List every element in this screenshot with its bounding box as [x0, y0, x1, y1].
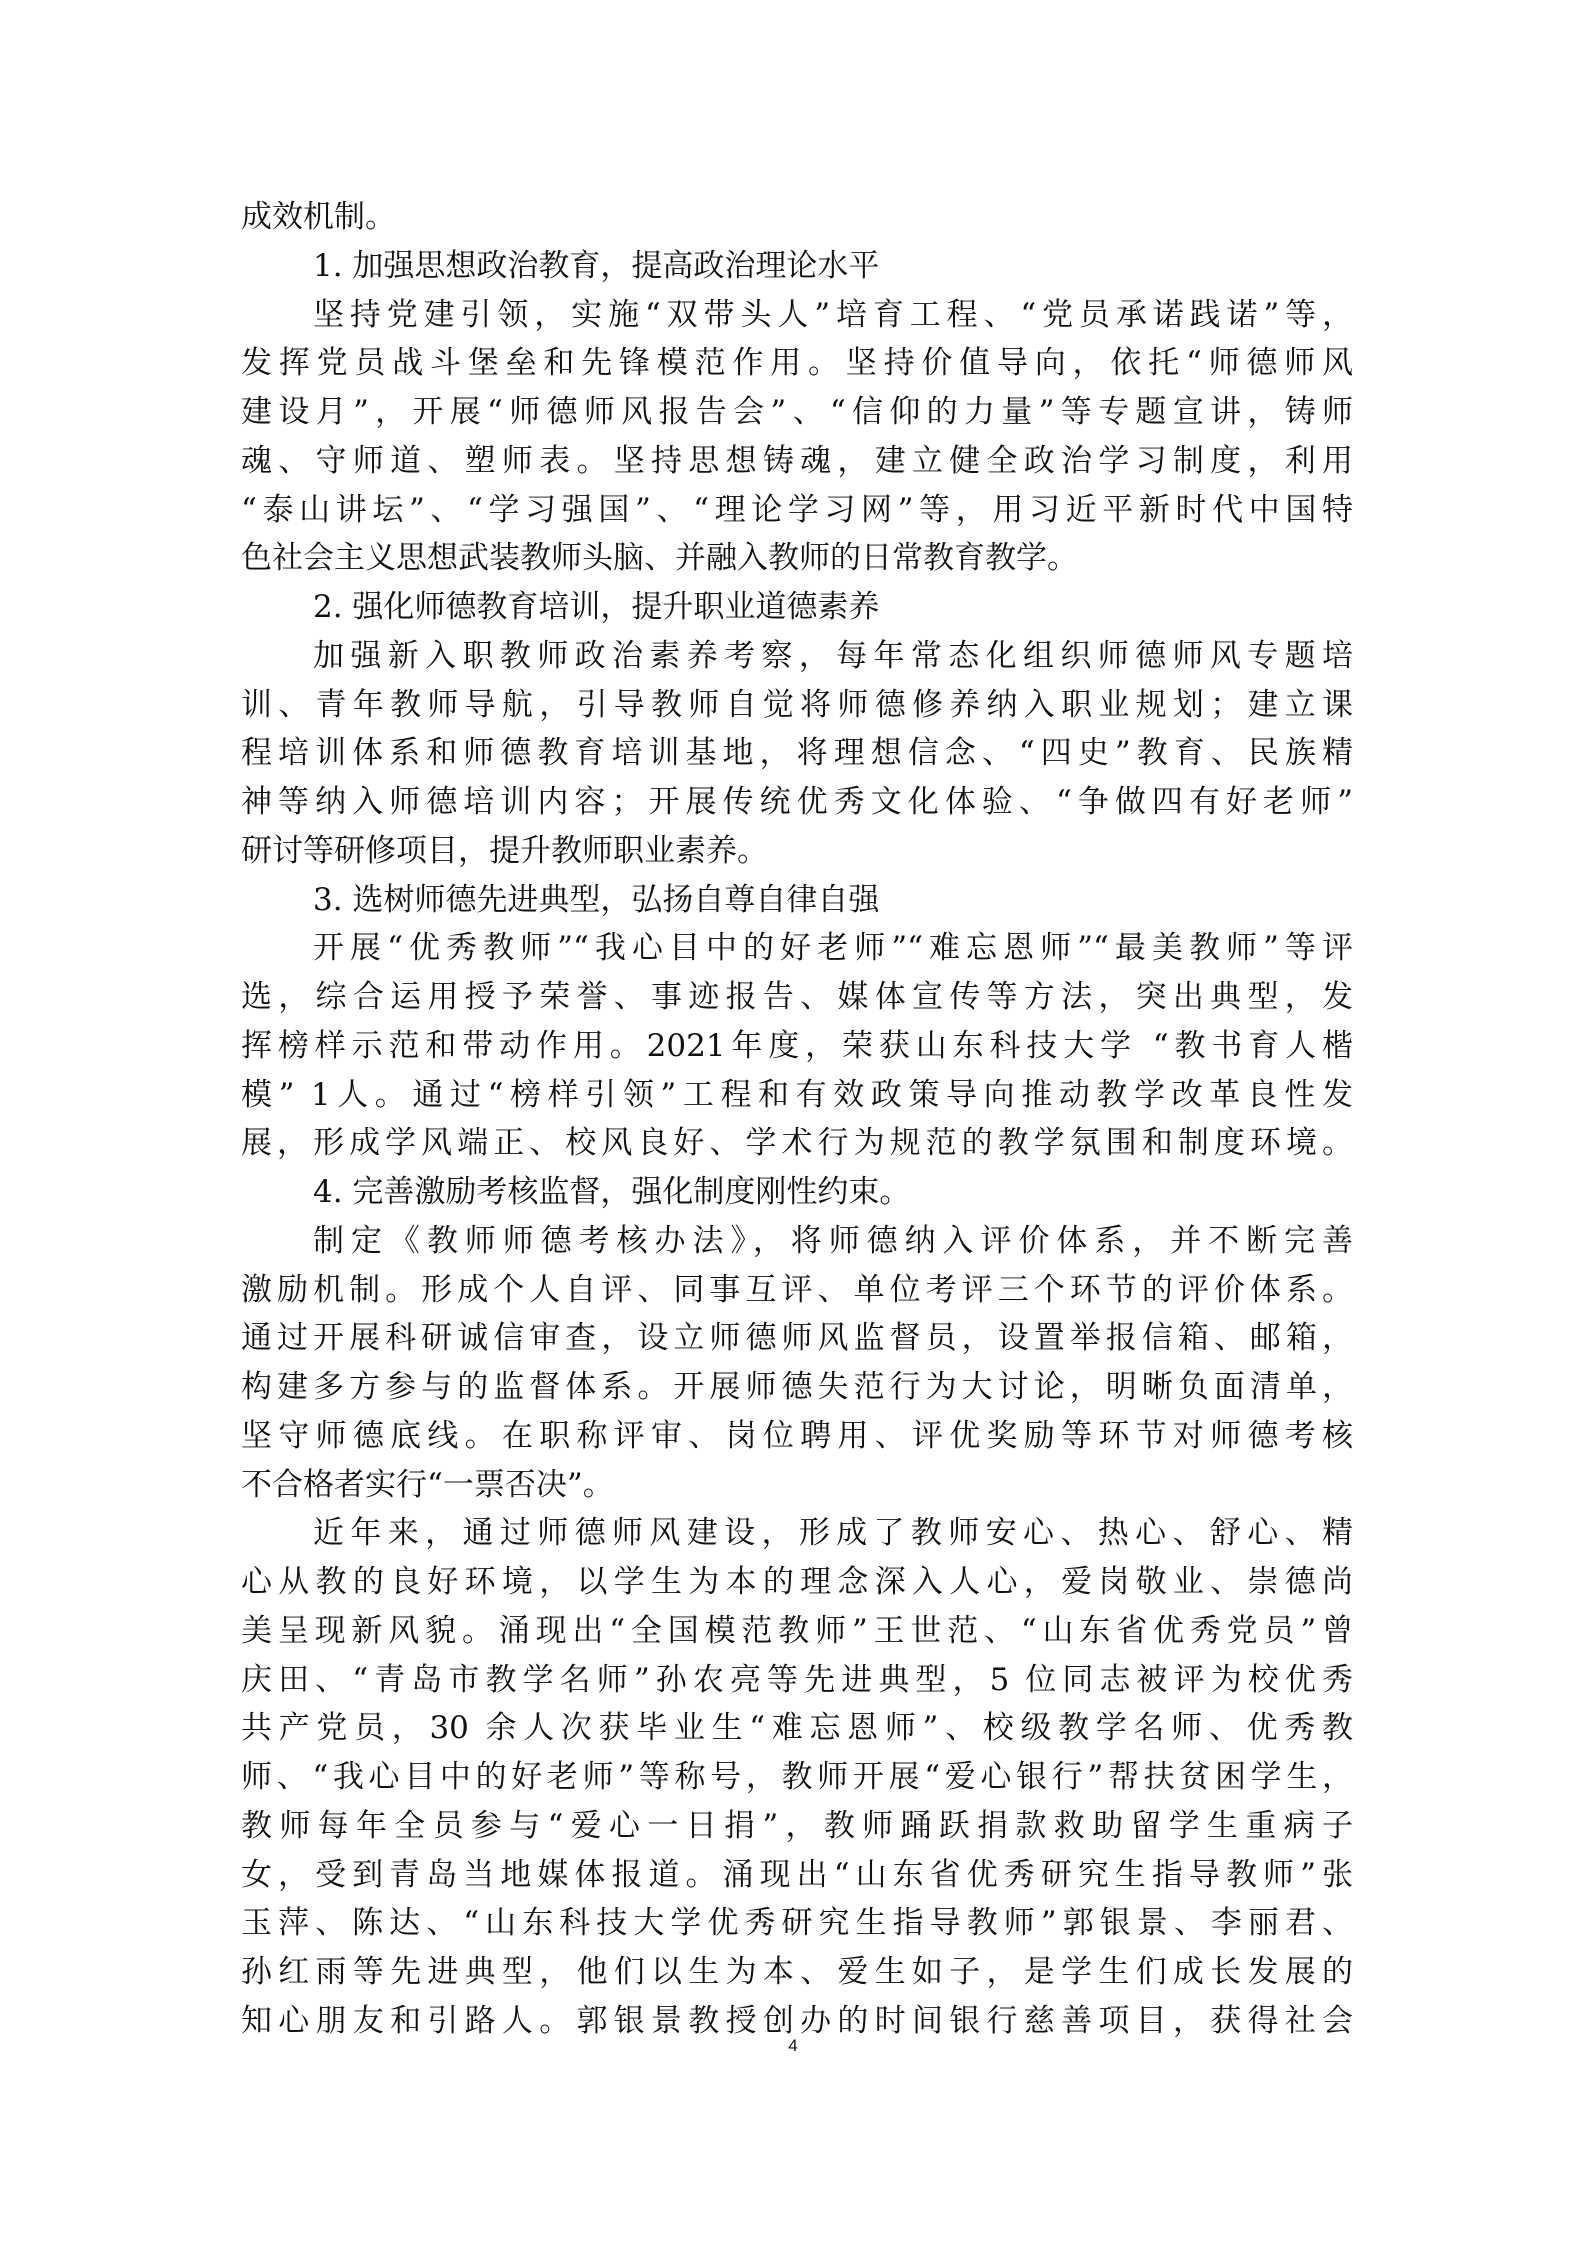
text-line: 共产党员，30 余人次获毕业生“难忘恩师”、校级教学名师、优秀教 — [241, 1704, 1353, 1753]
text-line: 选，综合运用授予荣誉、事迹报告、媒体宣传等方法，突出典型，发 — [241, 973, 1353, 1022]
text-line: 不合格者实行“一票否决”。 — [241, 1461, 1353, 1510]
text-line: 女，受到青岛当地媒体报道。涌现出“山东省优秀研究生指导教师”张 — [241, 1851, 1353, 1900]
text-line: 色社会主义思想武装教师头脑、并融入教师的日常教育教学。 — [241, 534, 1353, 583]
text-line: 坚守师德底线。在职称评审、岗位聘用、评优奖励等环节对师德考核 — [241, 1412, 1353, 1461]
body-text: 成效机制。1. 加强思想政治教育，提高政治理论水平坚持党建引领，实施“双带头人”… — [241, 193, 1353, 2046]
text-line: 庆田、“青岛市教学名师”孙农亮等先进典型，5 位同志被评为校优秀 — [241, 1656, 1353, 1705]
paragraph-start-line: 1. 加强思想政治教育，提高政治理论水平 — [241, 242, 1353, 291]
text-line: 发挥党员战斗堡垒和先锋模范作用。坚持价值导向，依托“师德师风 — [241, 339, 1353, 388]
text-line: 挥榜样示范和带动作用。2021年度，荣获山东科技大学 “教书育人楷 — [241, 1022, 1353, 1071]
text-line: 激励机制。形成个人自评、同事互评、单位考评三个环节的评价体系。 — [241, 1266, 1353, 1315]
text-line: 模” 1人。通过“榜样引领”工程和有效政策导向推动教学改革良性发 — [241, 1071, 1353, 1120]
paragraph-start-line: 4. 完善激励考核监督，强化制度刚性约束。 — [241, 1168, 1353, 1217]
text-line: 教师每年全员参与“爱心一日捐”，教师踊跃捐款救助留学生重病子 — [241, 1802, 1353, 1851]
page-number: 4 — [783, 2036, 803, 2056]
paragraph-start-line: 开展“优秀教师”“我心目中的好老师”“难忘恩师”“最美教师”等评 — [241, 924, 1353, 973]
text-line: 心从教的良好环境，以学生为本的理念深入人心，爱岗敬业、崇德尚 — [241, 1558, 1353, 1607]
text-line: 神等纳入师德培训内容；开展传统优秀文化体验、“争做四有好老师” — [241, 778, 1353, 827]
text-line: 程培训体系和师德教育培训基地，将理想信念、“四史”教育、民族精 — [241, 729, 1353, 778]
paragraph-start-line: 2. 强化师德教育培训，提升职业道德素养 — [241, 583, 1353, 632]
paragraph-start-line: 近年来，通过师德师风建设，形成了教师安心、热心、舒心、精 — [241, 1509, 1353, 1558]
text-line: 展，形成学风端正、校风良好、学术行为规范的教学氛围和制度环境。 — [241, 1119, 1353, 1168]
text-line: 玉萍、陈达、“山东科技大学优秀研究生指导教师”郭银景、李丽君、 — [241, 1899, 1353, 1948]
text-line: 师、“我心目中的好老师”等称号，教师开展“爱心银行”帮扶贫困学生， — [241, 1753, 1353, 1802]
text-line: 美呈现新风貌。涌现出“全国模范教师”王世范、“山东省优秀党员”曾 — [241, 1607, 1353, 1656]
document-page: 成效机制。1. 加强思想政治教育，提高政治理论水平坚持党建引领，实施“双带头人”… — [0, 0, 1587, 2245]
text-line: 魂、守师道、塑师表。坚持思想铸魂，建立健全政治学习制度，利用 — [241, 437, 1353, 486]
text-line: 成效机制。 — [241, 193, 1353, 242]
paragraph-start-line: 3. 选树师德先进典型，弘扬自尊自律自强 — [241, 876, 1353, 925]
text-line: 训、青年教师导航，引导教师自觉将师德修养纳入职业规划；建立课 — [241, 681, 1353, 730]
paragraph-start-line: 制定《教师师德考核办法》，将师德纳入评价体系，并不断完善 — [241, 1217, 1353, 1266]
text-line: 建设月”，开展“师德师风报告会”、“信仰的力量”等专题宣讲，铸师 — [241, 388, 1353, 437]
text-line: 通过开展科研诚信审查，设立师德师风监督员，设置举报信箱、邮箱， — [241, 1314, 1353, 1363]
text-line: 孙红雨等先进典型，他们以生为本、爱生如子，是学生们成长发展的 — [241, 1948, 1353, 1997]
paragraph-start-line: 坚持党建引领，实施“双带头人”培育工程、“党员承诺践诺”等， — [241, 291, 1353, 340]
text-line: 研讨等研修项目，提升教师职业素养。 — [241, 827, 1353, 876]
text-line: 构建多方参与的监督体系。开展师德失范行为大讨论，明晰负面清单， — [241, 1363, 1353, 1412]
text-line: “泰山讲坛”、“学习强国”、“理论学习网”等，用习近平新时代中国特 — [241, 486, 1353, 535]
paragraph-start-line: 加强新入职教师政治素养考察，每年常态化组织师德师风专题培 — [241, 632, 1353, 681]
